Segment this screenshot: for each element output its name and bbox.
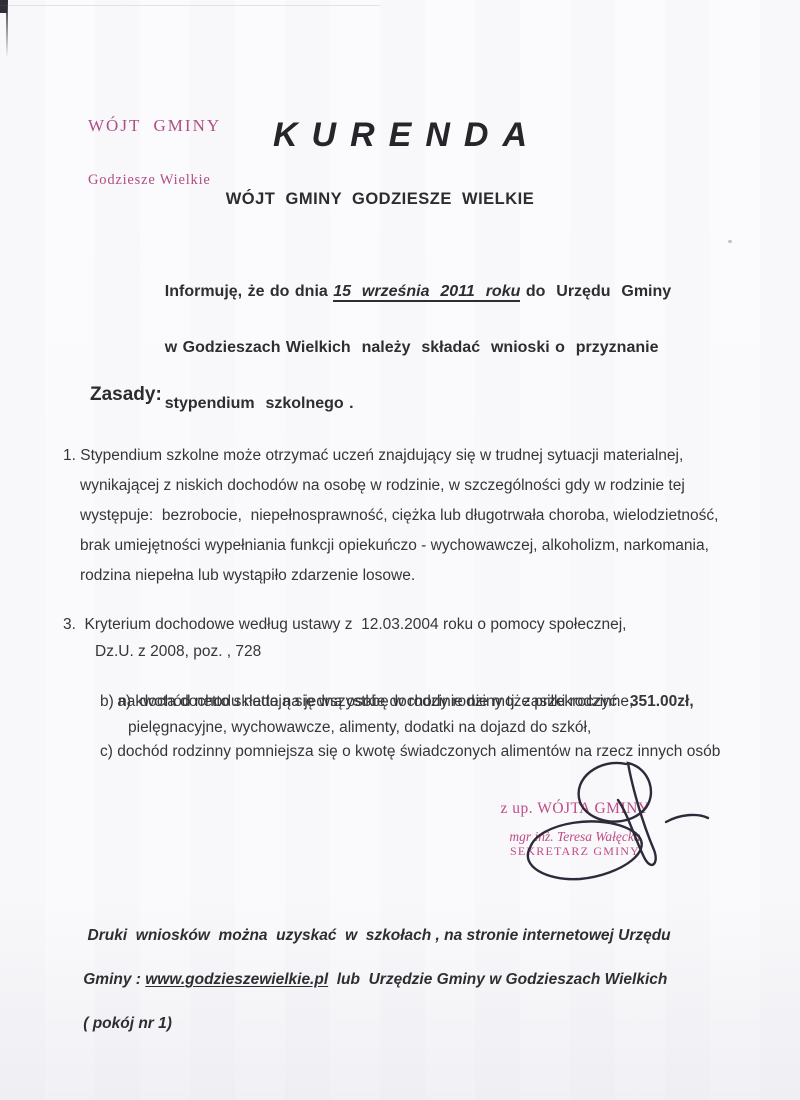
footer-note: Druki wniosków można uzyskać w szkołach … <box>66 903 746 1057</box>
footer-line1: Druki wniosków można uzyskać w szkołach … <box>83 927 670 944</box>
signature-scribble <box>500 752 720 892</box>
sender-stamp-line2: Godziesze Wielkie <box>88 172 221 188</box>
document-subtitle: WÓJT GMINY GODZIESZE WIELKIE <box>0 190 800 209</box>
intro-line2: w Godzieszach Wielkich należy składać wn… <box>165 339 659 356</box>
intro-paragraph: Informuję, że do dnia 15 września 2011 r… <box>143 250 671 446</box>
amount-value: 351.00zł, <box>630 693 694 710</box>
footer-line2-before: Gminy : <box>83 971 145 988</box>
intro-line1-before: Informuję, że do dnia <box>165 283 333 300</box>
rule-subitem-b: b) na dochód netto składają się wszystki… <box>100 689 633 741</box>
scanned-document-page: WÓJT GMINY Godziesze Wielkie KURENDA WÓJ… <box>0 0 800 1100</box>
rules-heading: Zasady: <box>90 383 162 407</box>
signature-upper-loop <box>579 763 656 865</box>
website-url: www.godzieszewielkie.pl <box>145 971 328 988</box>
scan-artifact-left-line <box>6 0 8 58</box>
intro-line3: stypendium szkolnego . <box>165 395 354 412</box>
rule-item-3: 3. Kryterium dochodowe według ustawy z 1… <box>63 611 626 665</box>
rule-item-1: 1. Stypendium szkolne może otrzymać ucze… <box>63 441 718 591</box>
scan-artifact-top-line <box>0 5 380 6</box>
intro-line1-after: do Urzędu Gminy <box>520 283 671 300</box>
footer-line2-after: lub Urzędzie Gminy w Godzieszach Wielkic… <box>328 971 667 988</box>
signature-lower-loop <box>528 821 642 879</box>
document-title: KURENDA <box>0 116 800 155</box>
signature-dash <box>666 815 708 822</box>
footer-line3: ( pokój nr 1) <box>83 1015 172 1032</box>
scan-artifact-speck <box>728 240 732 243</box>
deadline-date: 15 września 2011 roku <box>333 283 520 302</box>
